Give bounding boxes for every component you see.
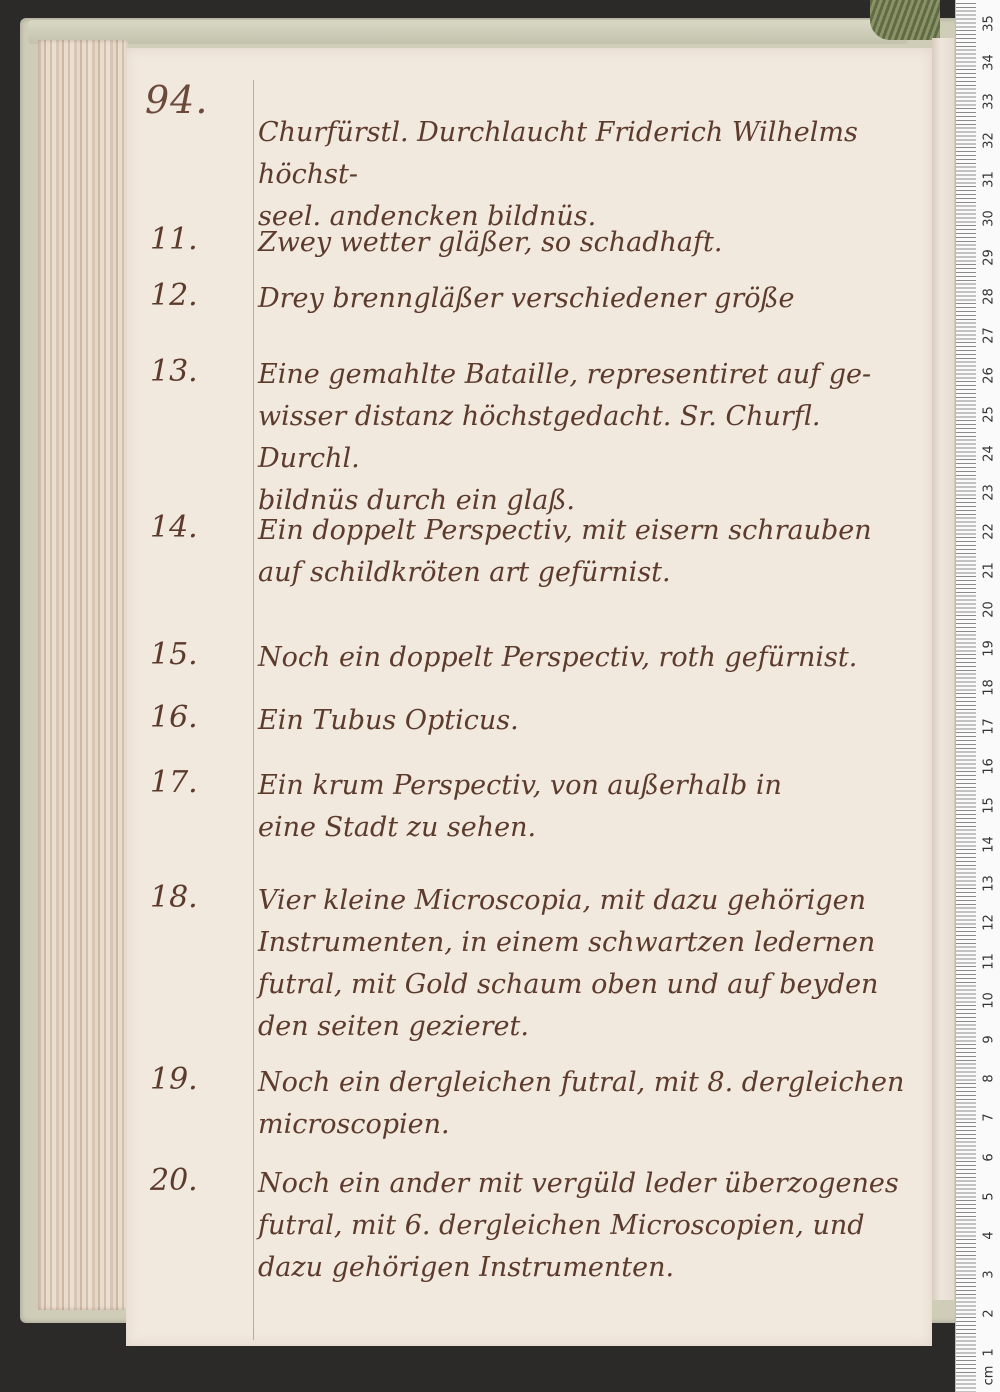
entry-text: Noch ein dergleichen futral, mit 8. derg… [258, 1062, 908, 1146]
entry-text: Ein krum Perspectiv, von außerhalb in ei… [258, 765, 908, 849]
ruler-number: 19 [982, 638, 997, 660]
ruler-number: 1 [982, 1342, 997, 1364]
ruler-number: 15 [982, 794, 997, 816]
ruler-number: 3 [982, 1263, 997, 1285]
ruler-number: 34 [982, 51, 997, 73]
entry-number: 11. [150, 222, 240, 257]
facing-page-edge [932, 38, 954, 1300]
ruler-number: 25 [982, 403, 997, 425]
ruler-number: 32 [982, 129, 997, 151]
entry-number: 17. [150, 765, 240, 800]
entry-text: Eine gemahlte Bataille, representiret au… [258, 354, 908, 522]
ruler-number: 11 [982, 951, 997, 973]
entry-number: 18. [150, 880, 240, 915]
ruler-number: 28 [982, 286, 997, 308]
ruler-number: 30 [982, 208, 997, 230]
ruler-number: 5 [982, 1185, 997, 1207]
ruler-number: 6 [982, 1146, 997, 1168]
ruler-number: 13 [982, 872, 997, 894]
ruler-number: 20 [982, 599, 997, 621]
entry-text: Vier kleine Microscopia, mit dazu gehöri… [258, 880, 908, 1048]
entry-text: Drey brenngläßer verschiedener größe [258, 278, 908, 320]
ruler-number: 7 [982, 1107, 997, 1129]
page-number: 94. [145, 78, 208, 122]
ruler-number: 27 [982, 325, 997, 347]
headband [870, 0, 940, 40]
ruler-number: 31 [982, 169, 997, 191]
entry-number: 16. [150, 700, 240, 735]
entry-number: 20. [150, 1163, 240, 1198]
ruler-number: 16 [982, 755, 997, 777]
entry-text: Noch ein ander mit vergüld leder überzog… [258, 1163, 908, 1289]
entry-text: Ein Tubus Opticus. [258, 700, 908, 742]
ruler-number: 23 [982, 481, 997, 503]
ruler-ticks [956, 0, 976, 1392]
ruler-number: 12 [982, 911, 997, 933]
ruler-unit-label: cm [982, 1365, 997, 1387]
ruler-number: 21 [982, 560, 997, 582]
ruler-number: 35 [982, 12, 997, 34]
ruler-number: 2 [982, 1302, 997, 1324]
entry-number: 14. [150, 510, 240, 545]
ruler-number: 8 [982, 1068, 997, 1090]
scale-ruler: 1234567891011121314151617181920212223242… [955, 0, 1000, 1392]
entry-text: Noch ein doppelt Perspectiv, roth gefürn… [258, 637, 908, 679]
ruler-number: 29 [982, 247, 997, 269]
entry-number: 15. [150, 637, 240, 672]
ruler-number: 26 [982, 364, 997, 386]
ruler-number: 10 [982, 990, 997, 1012]
entry-number: 13. [150, 354, 240, 389]
entry-number: 19. [150, 1062, 240, 1097]
entry-text: Zwey wetter gläßer, so schadhaft. [258, 222, 908, 264]
ruler-number: 9 [982, 1029, 997, 1051]
ruler-number: 24 [982, 442, 997, 464]
ruler-number: 4 [982, 1224, 997, 1246]
ruler-number: 33 [982, 90, 997, 112]
ruler-number: 18 [982, 677, 997, 699]
entry-text: Churfürstl. Durchlaucht Friderich Wilhel… [258, 112, 908, 238]
entry-text: Ein doppelt Perspectiv, mit eisern schra… [258, 510, 908, 594]
ruler-number: 22 [982, 520, 997, 542]
ruler-number: 17 [982, 716, 997, 738]
ruler-number: 14 [982, 833, 997, 855]
page-edges [38, 40, 128, 1310]
margin-line [253, 80, 254, 1340]
cover-top-edge [28, 20, 908, 44]
entry-number: 12. [150, 278, 240, 313]
